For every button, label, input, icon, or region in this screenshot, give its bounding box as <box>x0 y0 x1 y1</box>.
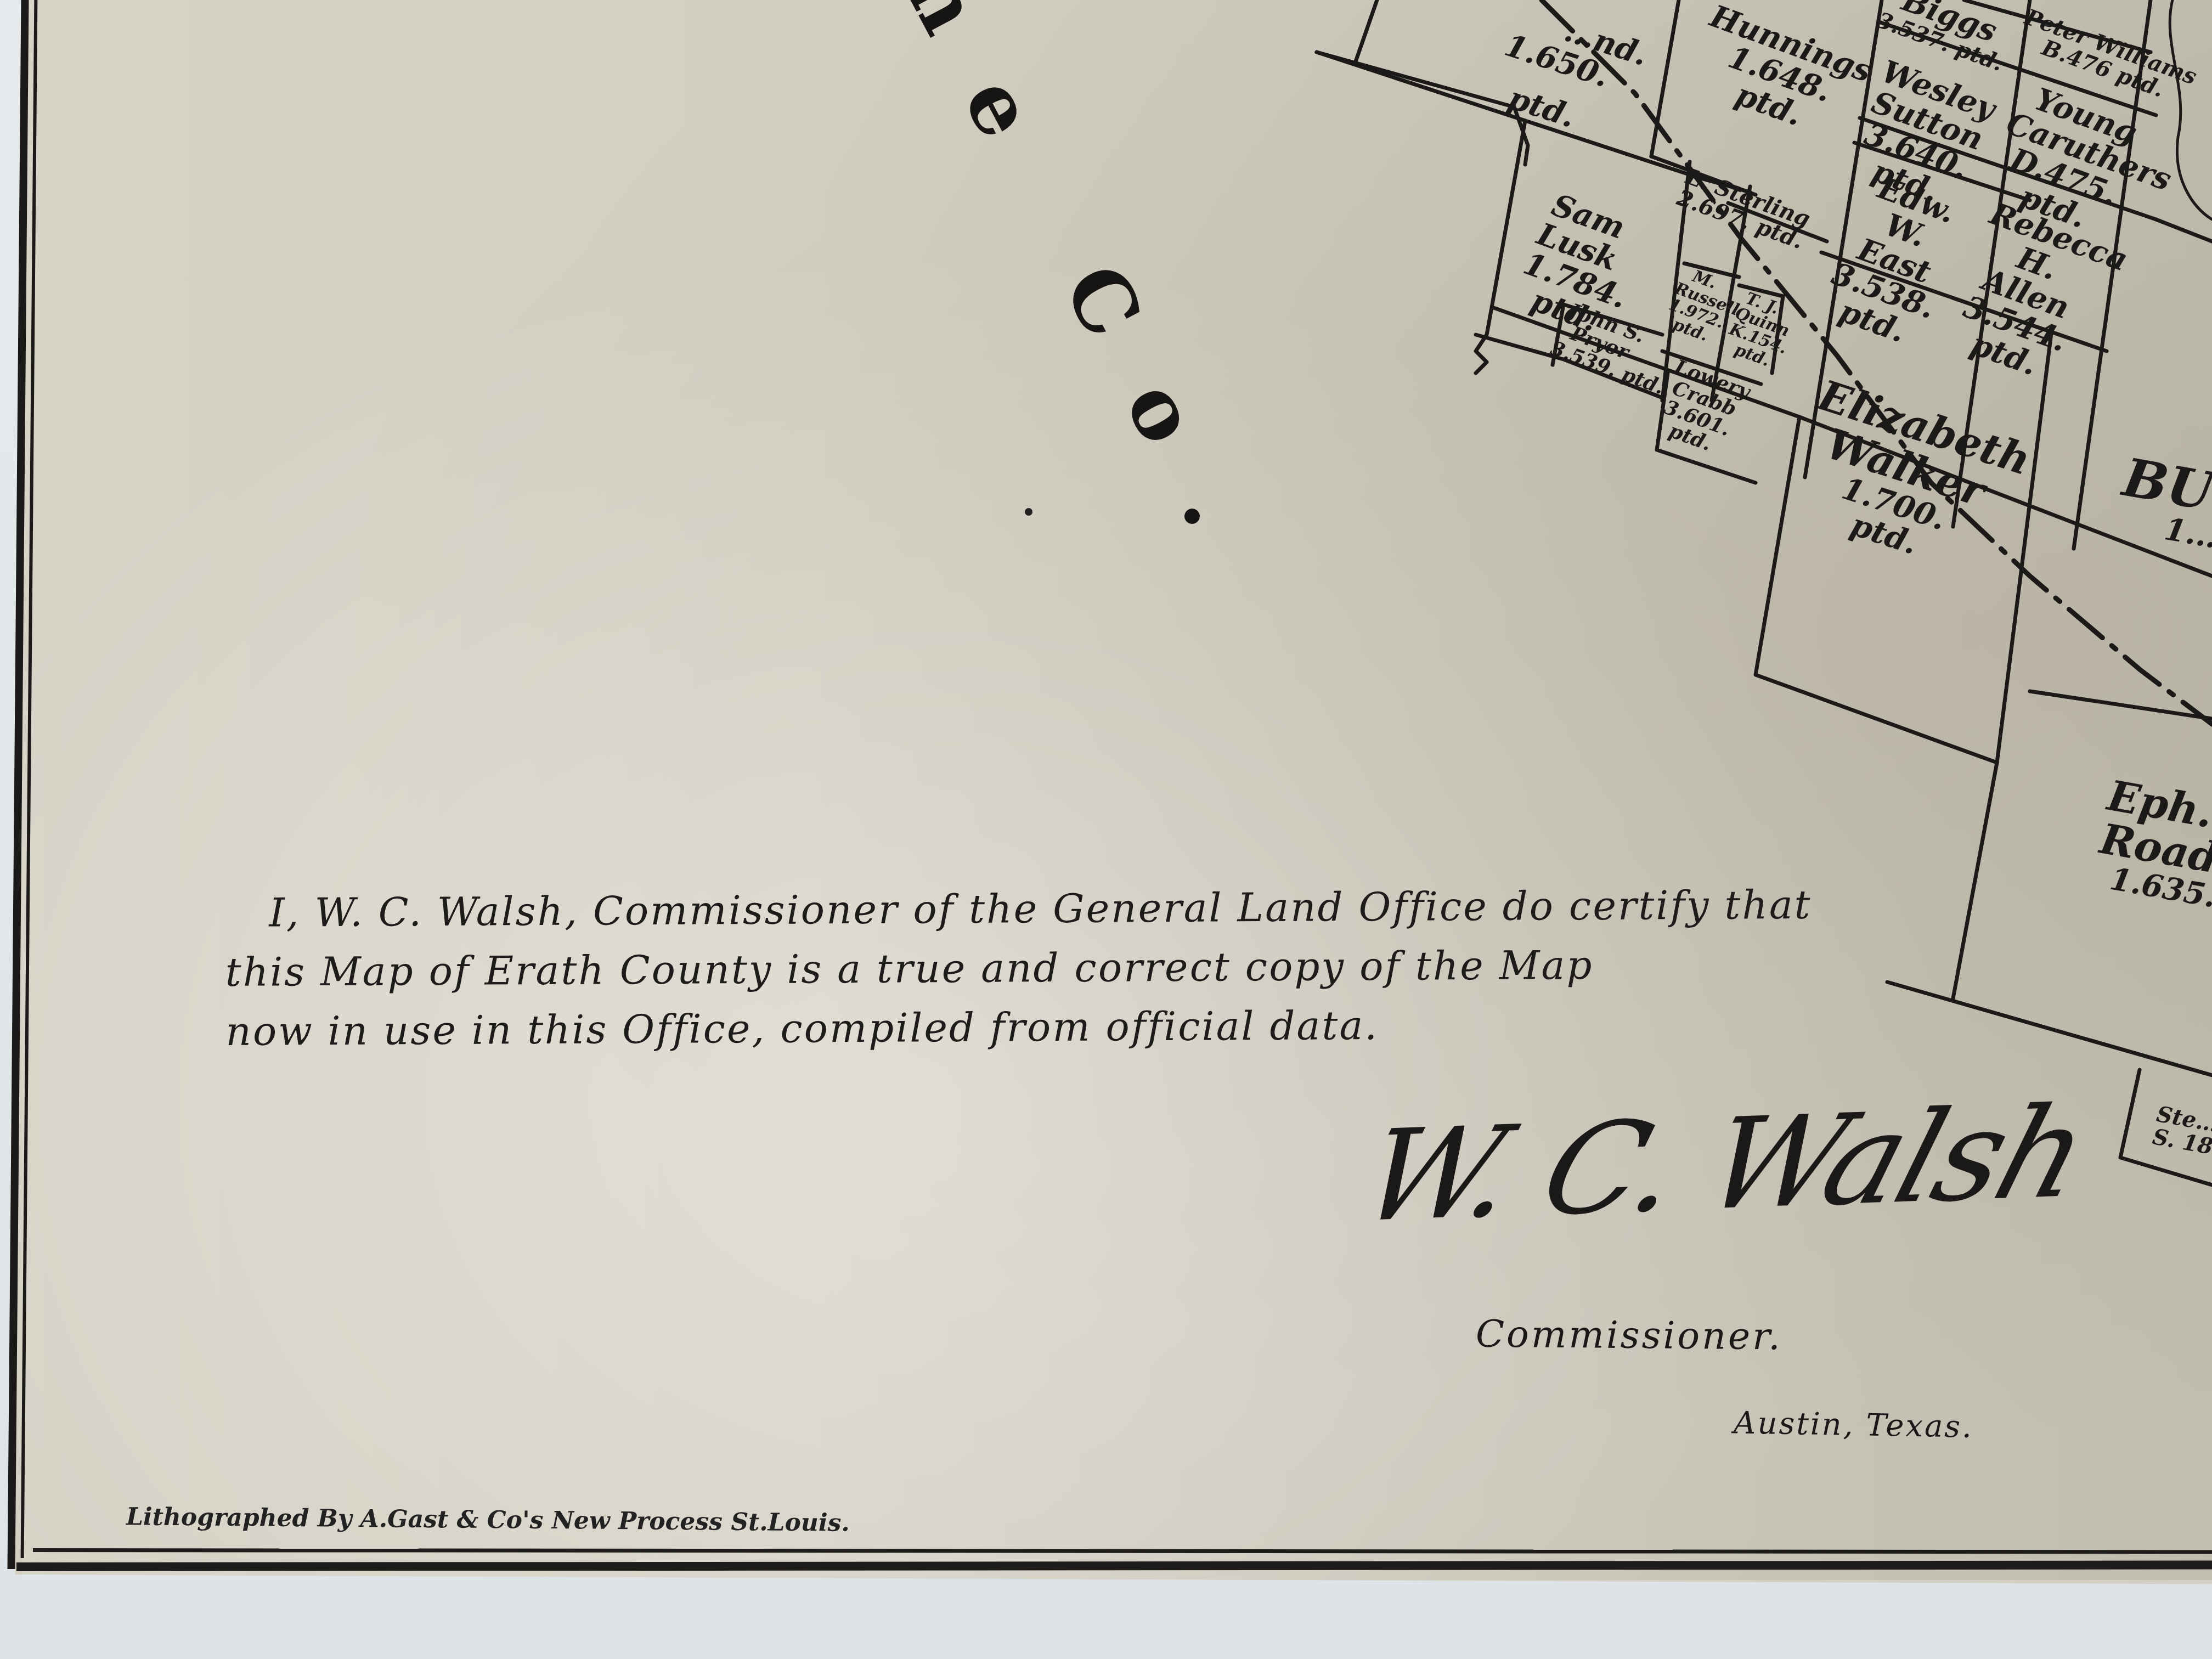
place-of-issue: Austin, Texas. <box>1733 1405 1973 1445</box>
map-linework: ne Co. …nd. 1.650. ptd. Hunnings 1.648. … <box>0 0 2212 1580</box>
signature-title: Commissioner. <box>1476 1313 1783 1359</box>
certification-line-3: now in use in this Office, compiled from… <box>225 994 1762 1061</box>
certification-line-2: this Map of Erath County is a true and c… <box>225 934 1762 1002</box>
commissioner-signature: W. C. Walsh <box>1346 1080 2101 1251</box>
certification-statement: I, W. C. Walsh, Commissioner of the Gene… <box>225 875 1762 1061</box>
certification-line-1: I, W. C. Walsh, Commissioner of the Gene… <box>225 875 1762 943</box>
map-dot-marker <box>1025 508 1032 516</box>
parcel-label-eph-road: Eph… Road… 1.635… <box>2091 774 2212 916</box>
